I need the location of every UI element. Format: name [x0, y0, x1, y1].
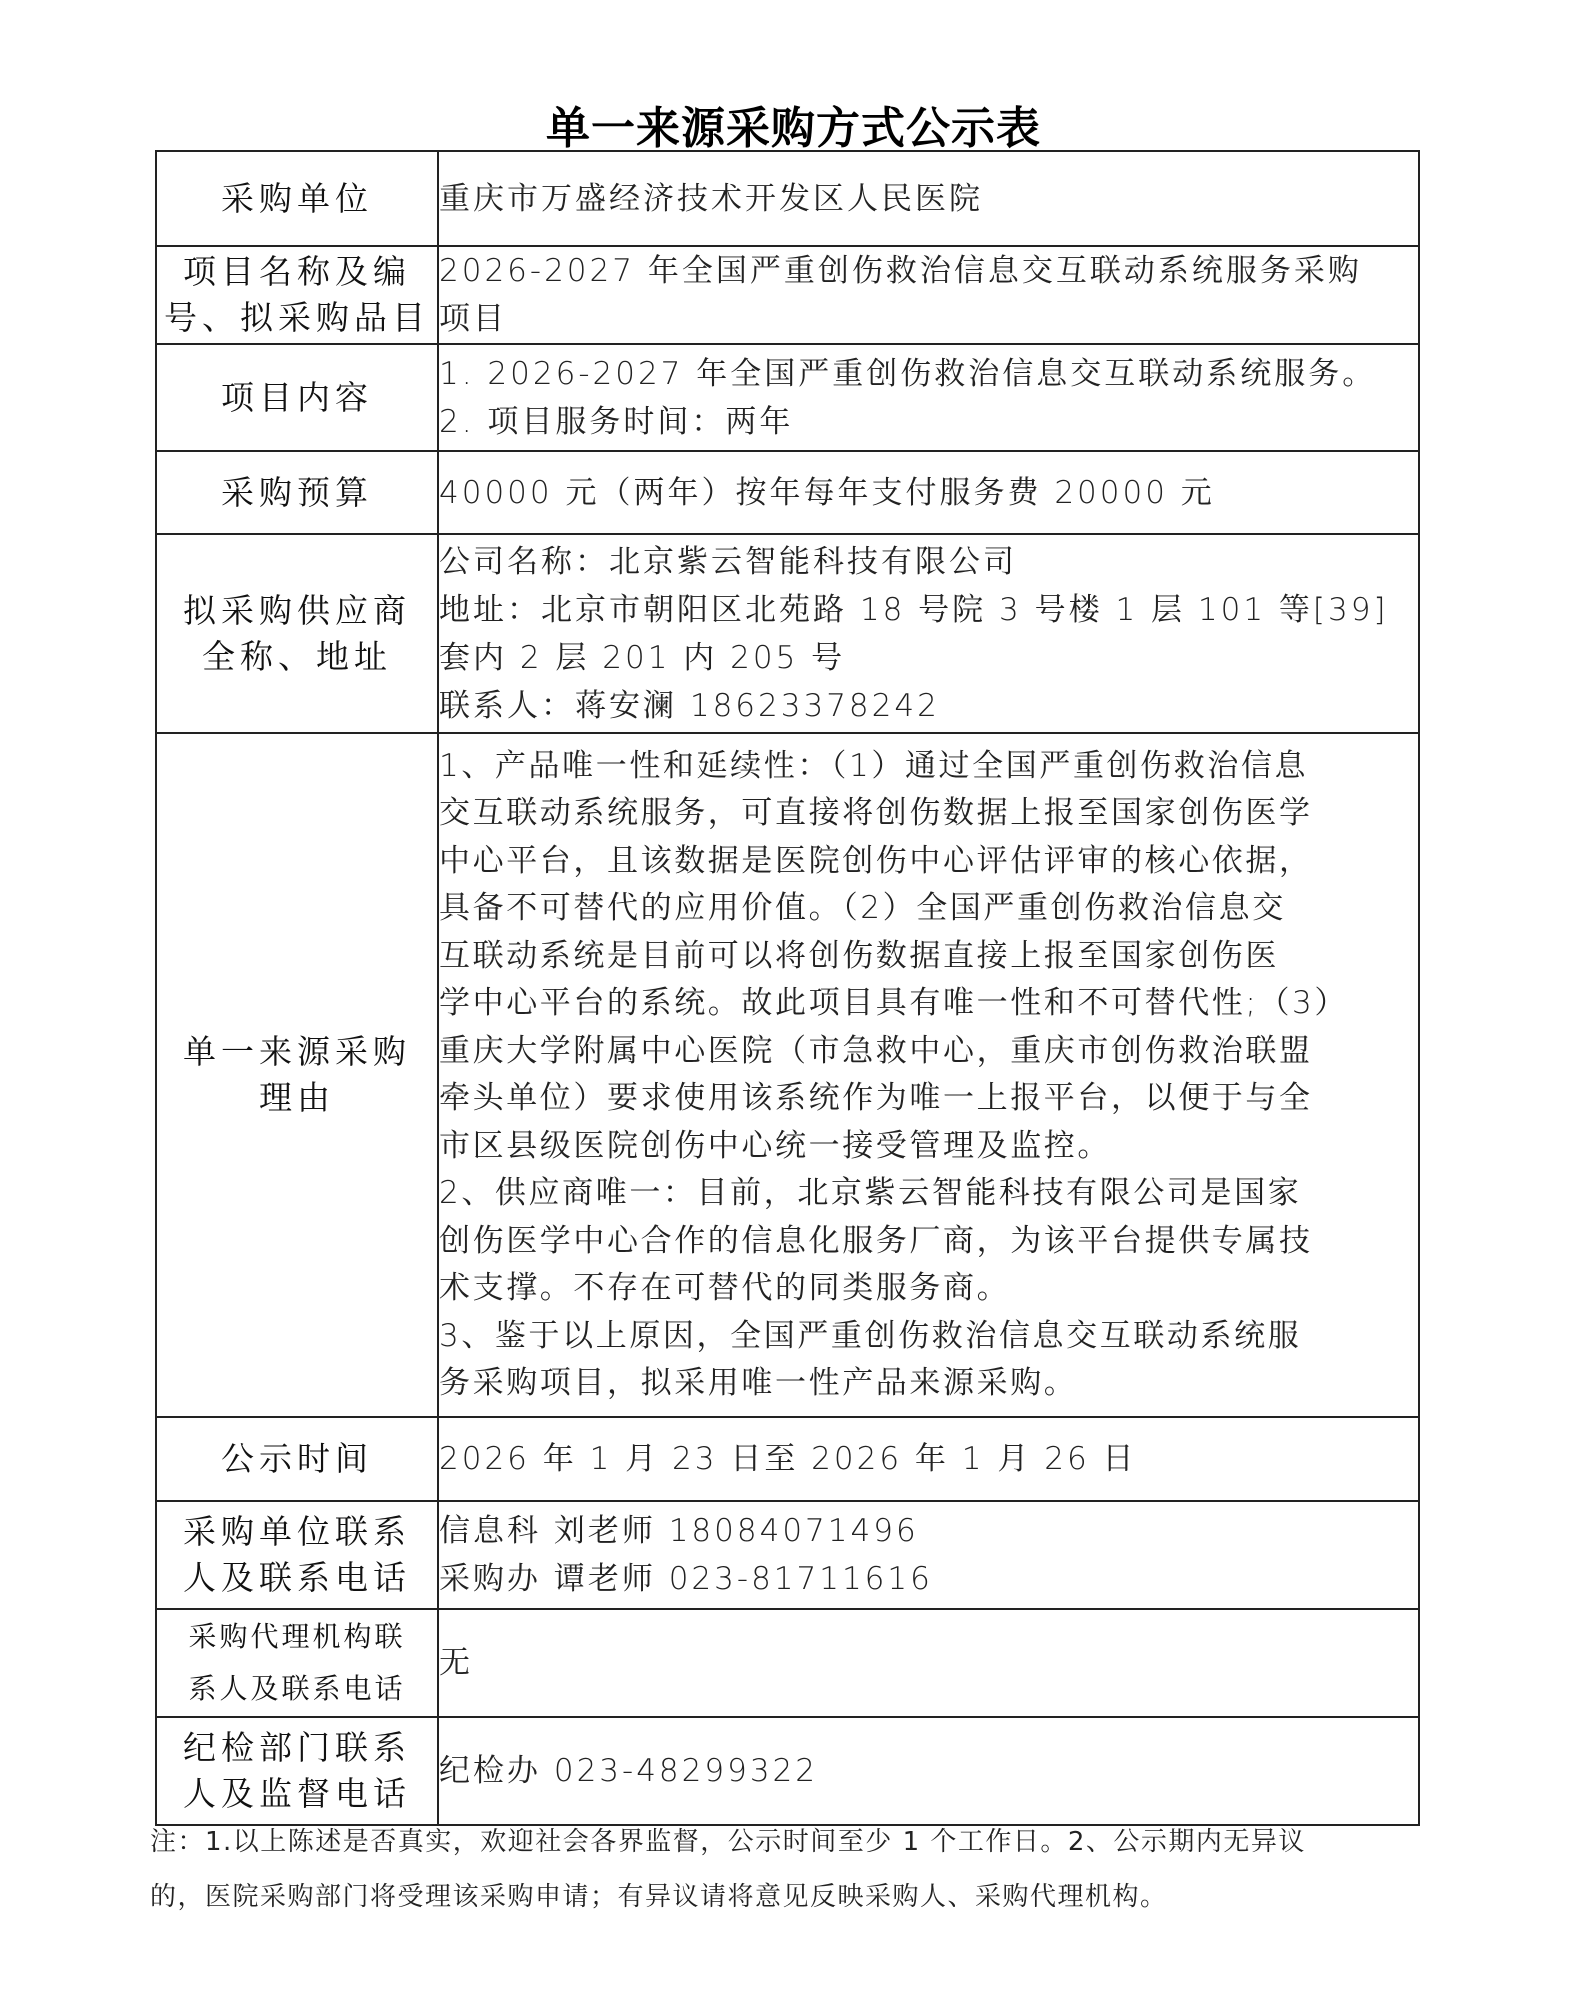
row-discipline-contact: 纪检部门联系 人及监督电话 纪检办 023-48299322	[156, 1717, 1419, 1825]
value-project-content: 1. 2026-2027 年全国严重创伤救治信息交互联动系统服务。 2. 项目服…	[438, 344, 1419, 451]
supplier-contact: 联系人：蒋安澜 18623378242	[439, 682, 1418, 730]
row-budget: 采购预算 40000 元（两年）按年每年支付服务费 20000 元	[156, 451, 1419, 534]
supplier-address-cont: 套内 2 层 201 内 205 号	[439, 634, 1418, 682]
footnote: 注：1.以上陈述是否真实，欢迎社会各界监督，公示时间至少 1 个工作日。2、公示…	[150, 1815, 1450, 1925]
row-project-content: 项目内容 1. 2026-2027 年全国严重创伤救治信息交互联动系统服务。 2…	[156, 344, 1419, 451]
label-discipline-contact: 纪检部门联系 人及监督电话	[156, 1717, 438, 1825]
value-project-name: 2026-2027 年全国严重创伤救治信息交互联动系统服务采购 项目	[438, 246, 1419, 344]
row-unit-contact: 采购单位联系 人及联系电话 信息科 刘老师 18084071496 采购办 谭老…	[156, 1501, 1419, 1609]
row-reason: 单一来源采购 理由 1、产品唯一性和延续性：（1）通过全国严重创伤救治信息 交互…	[156, 733, 1419, 1417]
value-budget: 40000 元（两年）按年每年支付服务费 20000 元	[438, 451, 1419, 534]
label-purchasing-unit: 采购单位	[156, 151, 438, 246]
label-supplier: 拟采购供应商 全称、地址	[156, 534, 438, 733]
value-reason: 1、产品唯一性和延续性：（1）通过全国严重创伤救治信息 交互联动系统服务，可直接…	[438, 733, 1419, 1417]
label-project-content: 项目内容	[156, 344, 438, 451]
row-purchasing-unit: 采购单位 重庆市万盛经济技术开发区人民医院	[156, 151, 1419, 246]
value-publicity-period: 2026 年 1 月 23 日至 2026 年 1 月 26 日	[438, 1417, 1419, 1501]
value-unit-contact: 信息科 刘老师 18084071496 采购办 谭老师 023-81711616	[438, 1501, 1419, 1609]
label-agency-contact: 采购代理机构联 系人及联系电话	[156, 1609, 438, 1717]
row-project-name: 项目名称及编 号、拟采购品目 2026-2027 年全国严重创伤救治信息交互联动…	[156, 246, 1419, 344]
announcement-table: 采购单位 重庆市万盛经济技术开发区人民医院 项目名称及编 号、拟采购品目 202…	[155, 150, 1420, 1826]
row-supplier: 拟采购供应商 全称、地址 公司名称：北京紫云智能科技有限公司 地址：北京市朝阳区…	[156, 534, 1419, 733]
label-reason: 单一来源采购 理由	[156, 733, 438, 1417]
value-agency-contact: 无	[438, 1609, 1419, 1717]
row-publicity-period: 公示时间 2026 年 1 月 23 日至 2026 年 1 月 26 日	[156, 1417, 1419, 1501]
document-title: 单一来源采购方式公示表	[0, 92, 1587, 156]
footnote-line-2: 的，医院采购部门将受理该采购申请；有异议请将意见反映采购人、采购代理机构。	[150, 1870, 1450, 1925]
value-supplier: 公司名称：北京紫云智能科技有限公司 地址：北京市朝阳区北苑路 18 号院 3 号…	[438, 534, 1419, 733]
value-discipline-contact: 纪检办 023-48299322	[438, 1717, 1419, 1825]
label-project-name: 项目名称及编 号、拟采购品目	[156, 246, 438, 344]
label-unit-contact: 采购单位联系 人及联系电话	[156, 1501, 438, 1609]
supplier-company: 公司名称：北京紫云智能科技有限公司	[439, 538, 1418, 586]
label-budget: 采购预算	[156, 451, 438, 534]
footnote-line-1: 注：1.以上陈述是否真实，欢迎社会各界监督，公示时间至少 1 个工作日。2、公示…	[150, 1815, 1450, 1870]
supplier-address: 地址：北京市朝阳区北苑路 18 号院 3 号楼 1 层 101 等[39]	[439, 586, 1418, 634]
value-purchasing-unit: 重庆市万盛经济技术开发区人民医院	[438, 151, 1419, 246]
label-publicity-period: 公示时间	[156, 1417, 438, 1501]
row-agency-contact: 采购代理机构联 系人及联系电话 无	[156, 1609, 1419, 1717]
